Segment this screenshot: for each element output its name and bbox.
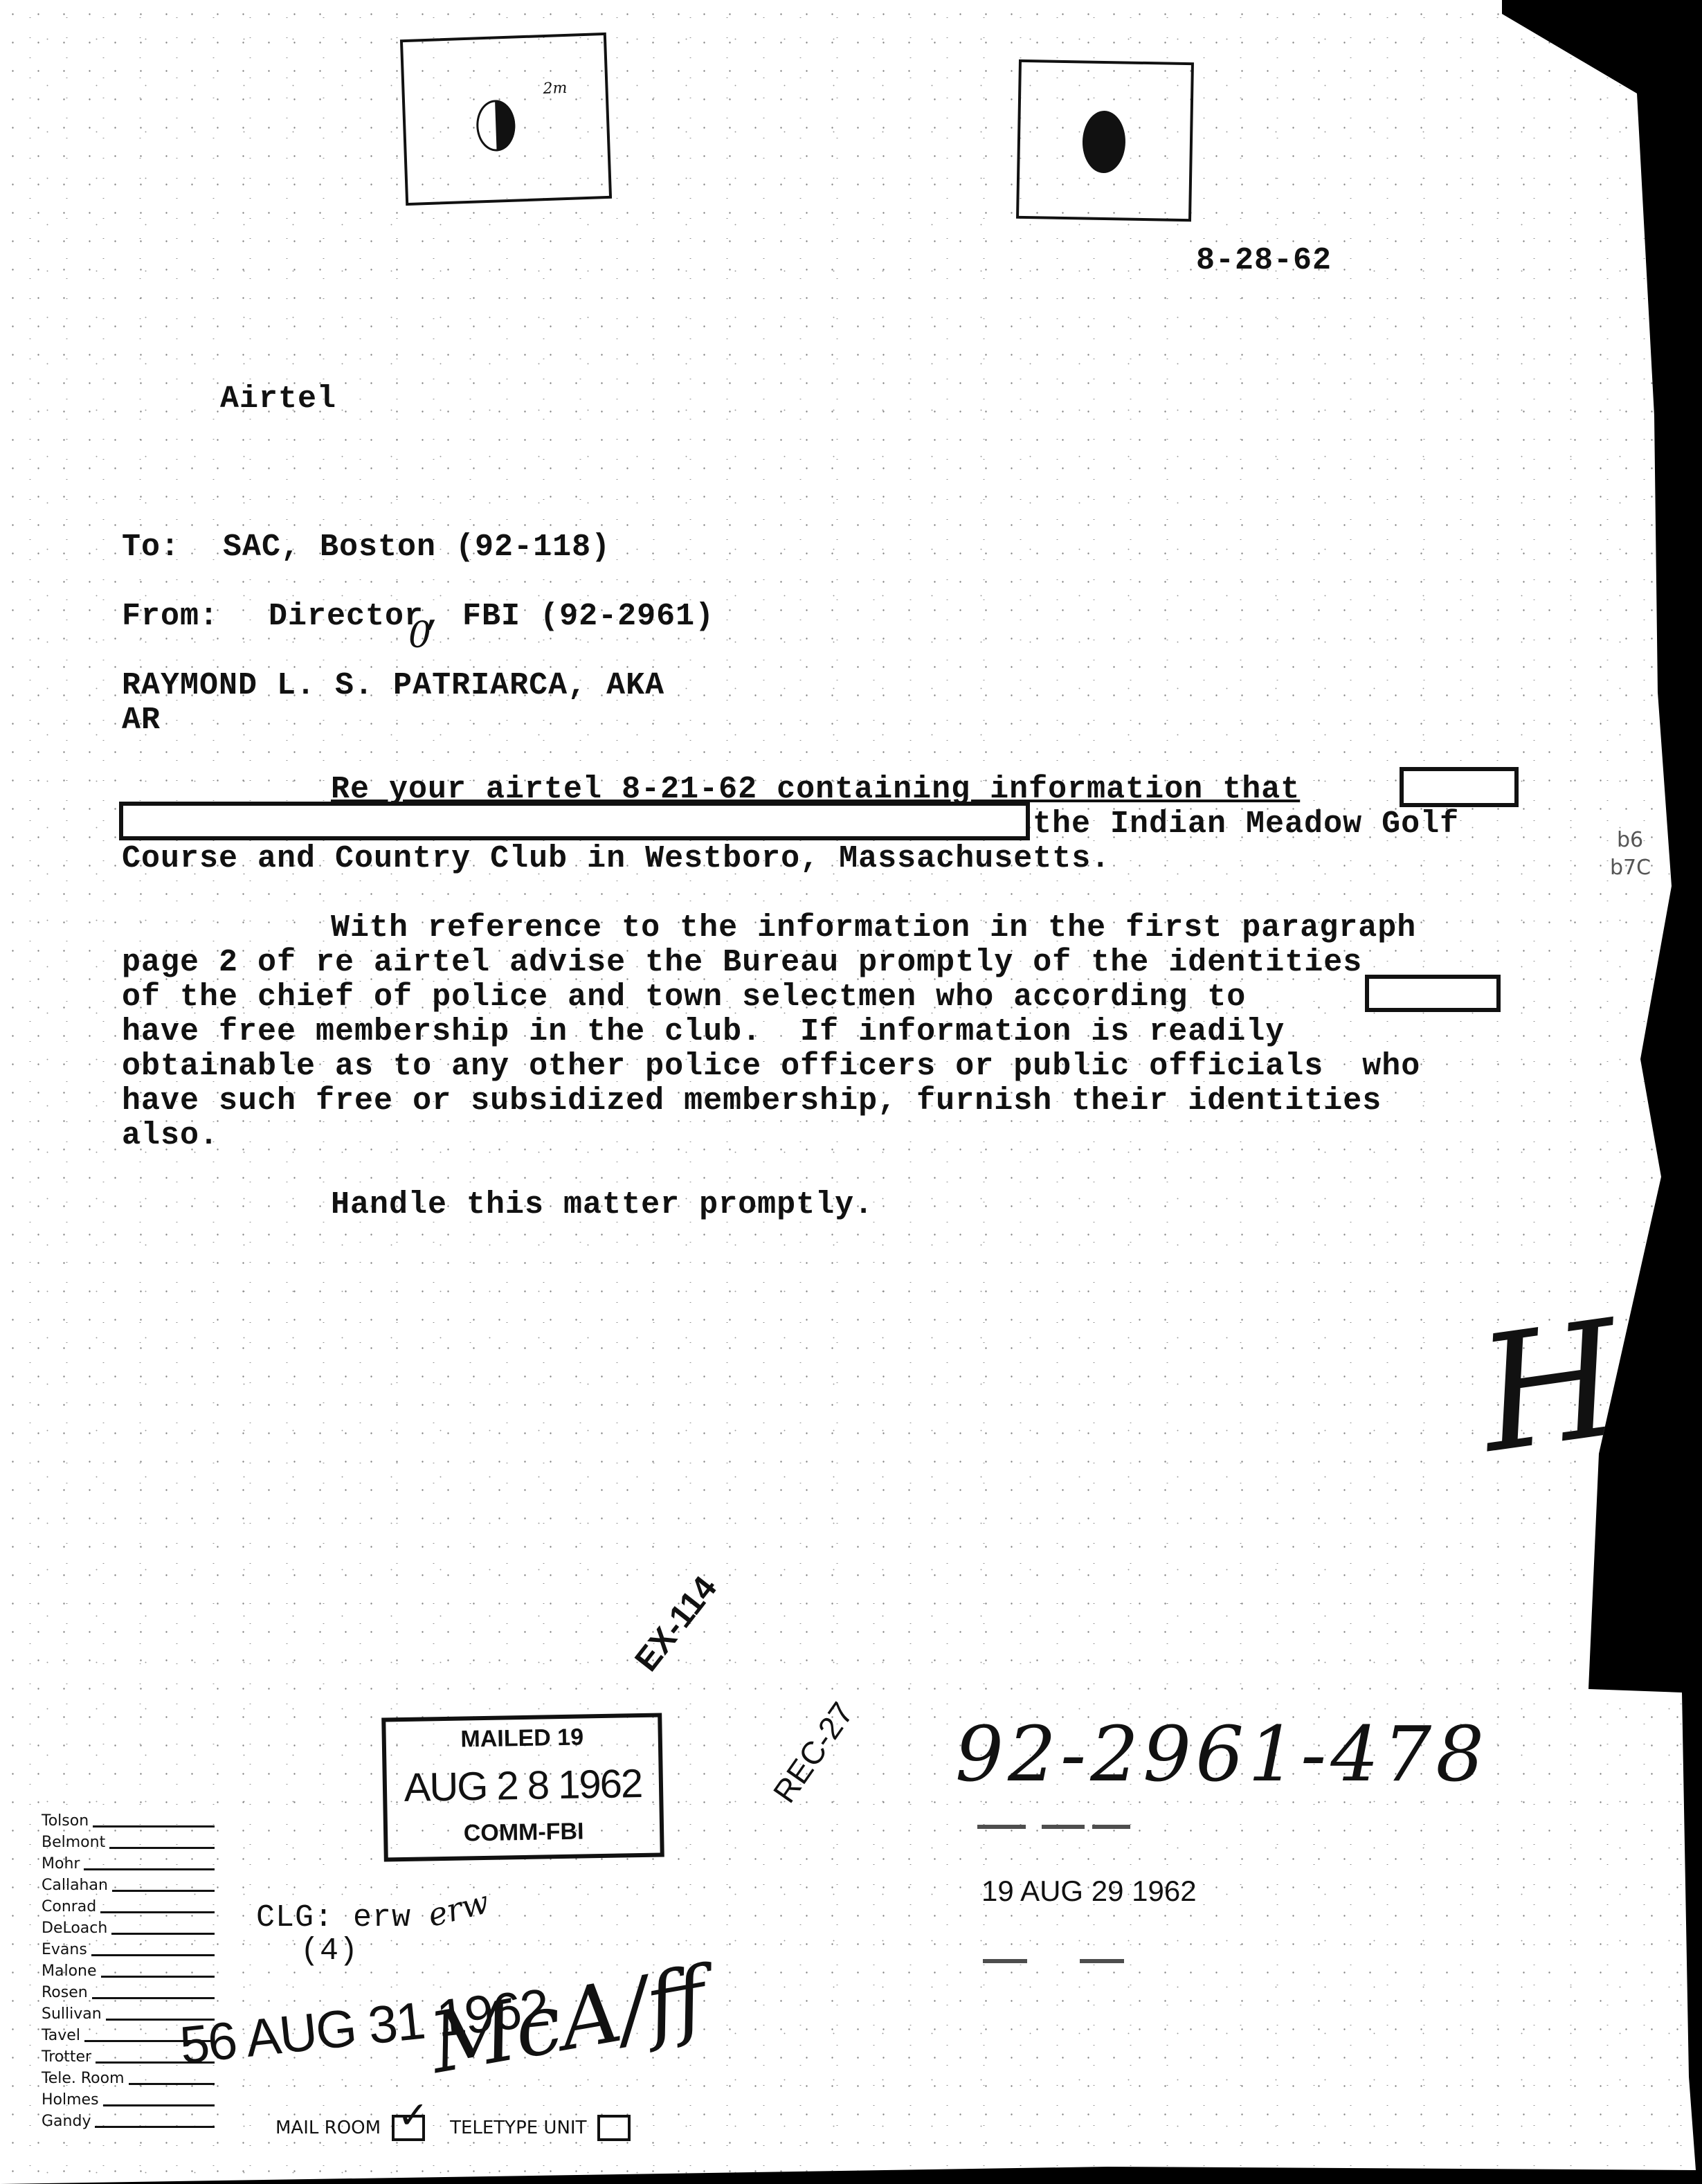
handwritten-initial-mark: H [1471,1299,1631,1477]
routing-name: Tolson [42,1810,89,1832]
routing-line [111,1933,215,1935]
redaction-box [1365,975,1501,1012]
to-value: SAC, Boston (92-118) [223,530,610,565]
routing-name: Gandy [42,2111,91,2132]
paragraph-2-line-5: obtainable as to any other police office… [122,1049,1420,1084]
redaction-box [1400,767,1519,807]
paragraph-2-line-1: With reference to the information in the… [331,911,1416,946]
routing-row: Mohr [42,1853,215,1875]
routing-name: Rosen [42,1982,88,2003]
subject-handwritten-mark: 0 [408,615,431,656]
copies-count: (4) [300,1934,359,1969]
punch-hole-box-right [1016,60,1194,222]
to-label: To: [122,530,180,565]
routing-list: Tolson Belmont Mohr Callahan Conrad DeLo… [42,1810,215,2132]
underline-mark [1080,1959,1124,1963]
routing-name: Tavel [42,2025,80,2046]
routing-name: DeLoach [42,1917,107,1939]
routing-row: Conrad [42,1896,215,1917]
underline-mark [1092,1825,1130,1829]
file-number-handwritten: 92-2961-478 [955,1710,1488,1798]
routing-line [93,1825,215,1827]
routing-row: Callahan [42,1875,215,1896]
paragraph-2-line-3: of the chief of police and town selectme… [122,980,1246,1015]
routing-line [84,1868,215,1870]
paragraph-2-line-6: have such free or subsidized membership,… [122,1084,1382,1119]
mail-room-label: MAIL ROOM [275,2118,381,2138]
initials-handwritten: erw [424,1883,493,1934]
routing-name: Tele. Room [42,2068,125,2089]
exemption-code-b7c: b7C [1610,856,1651,881]
document-page: 2m 8-28-62 Airtel To: SAC, Boston (92-11… [0,0,1702,2184]
routing-row: Tolson [42,1810,215,1832]
routing-line [109,1847,215,1849]
mailed-stamp-line-3: COMM-FBI [388,1817,660,1849]
teletype-unit-label: TELETYPE UNIT [450,2118,586,2138]
check-mark-icon: ✓ [397,2097,428,2134]
routing-name: Holmes [42,2089,99,2111]
routing-line [103,2104,215,2106]
routing-row: Gandy [42,2111,215,2132]
signature: McA/ff [423,1949,714,2093]
underline-mark [983,1959,1027,1963]
mailed-stamp-date: AUG 2 8 1962 [386,1760,659,1812]
routing-row: Malone [42,1960,215,1982]
routing-line [95,2126,215,2128]
dispatch-options: MAIL ROOM ✓ TELETYPE UNIT [275,2115,631,2141]
mailed-stamp: MAILED 19 AUG 2 8 1962 COMM-FBI [381,1713,664,1861]
punch-hole-outline [476,100,516,152]
initials-line: CLG: erw [256,1901,411,1935]
routing-name: Belmont [42,1832,105,1853]
routing-name: Conrad [42,1896,96,1917]
routing-row: Rosen [42,1982,215,2003]
routing-row: Evans [42,1939,215,1960]
routing-line [100,1911,215,1913]
routing-row: DeLoach [42,1917,215,1939]
paragraph-1-line-3: Course and Country Club in Westboro, Mas… [122,842,1110,876]
paragraph-2-line-7: also. [122,1119,219,1153]
routing-name: Sullivan [42,2003,102,2025]
routing-name: Callahan [42,1875,108,1896]
from-value: Director, FBI (92-2961) [269,599,714,634]
subject-line-1: RAYMOND L. S. PATRIARCA, AKA [122,669,664,703]
received-date-stamp: 19 AUG 29 1962 [981,1875,1197,1908]
routing-line [101,1976,215,1978]
punch-hole-icon [1082,110,1126,173]
teletype-unit-checkbox[interactable] [597,2115,631,2141]
paragraph-2-line-2: page 2 of re airtel advise the Bureau pr… [122,946,1362,980]
redaction-box [119,802,1030,840]
routing-line [92,1997,215,1999]
routing-name: Malone [42,1960,97,1982]
ex-stamp: EX-114 [628,1569,725,1679]
routing-line [129,2083,215,2085]
routing-row: Belmont [42,1832,215,1853]
exemption-code-b6: b6 [1617,828,1643,853]
routing-name: Evans [42,1939,87,1960]
memo-type: Airtel [220,382,336,417]
routing-line [91,1954,215,1956]
underline-mark [977,1825,1026,1829]
mailed-stamp-line-1: MAILED 19 [386,1723,658,1755]
punch-hole-box-left: 2m [400,33,612,206]
routing-line [112,1890,215,1892]
routing-row: Holmes [42,2089,215,2111]
routing-name: Mohr [42,1853,80,1875]
from-label: From: [122,599,219,634]
underline-mark [1042,1825,1085,1829]
box-handwritten-note: 2m [543,80,568,98]
memo-date: 8-28-62 [1196,244,1332,278]
routing-name: Trotter [42,2046,91,2068]
paragraph-1-line-2: the Indian Meadow Golf [1033,807,1459,842]
subject-line-2: AR [122,703,161,738]
mail-room-checkbox[interactable]: ✓ [392,2115,425,2141]
rec-stamp: REC-27 [766,1695,861,1810]
paragraph-3-line-1: Handle this matter promptly. [331,1188,873,1222]
paragraph-2-line-4: have free membership in the club. If inf… [122,1015,1285,1049]
